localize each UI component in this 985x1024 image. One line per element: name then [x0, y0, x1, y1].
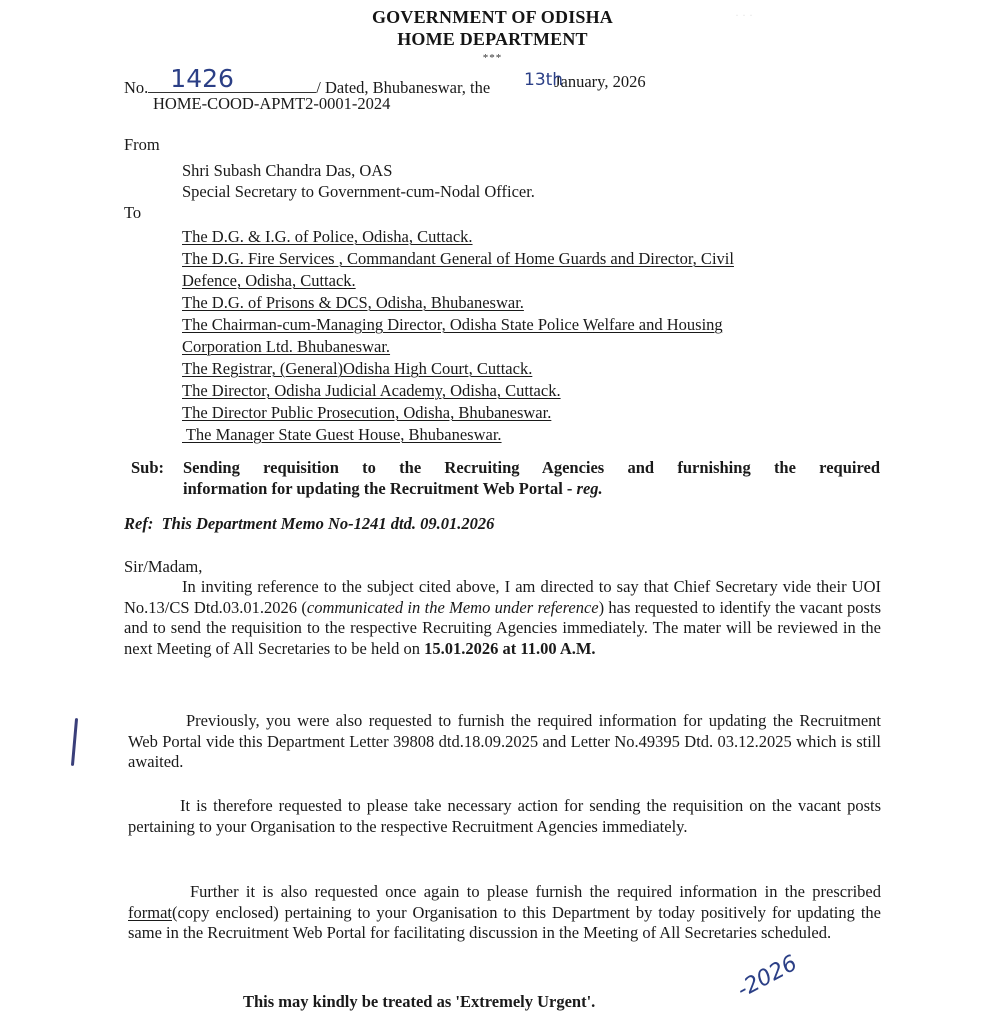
recipient-line: The D.G. & I.G. of Police, Odisha, Cutta… [182, 227, 473, 247]
recipient-line: The Chairman-cum-Managing Director, Odis… [182, 315, 723, 335]
paragraph-3: It is therefore requested to please take… [128, 796, 881, 837]
sender-name: Shri Subash Chandra Das, OAS [182, 161, 392, 181]
p1-meeting-datetime: 15.01.2026 at 11.00 A.M. [424, 639, 595, 658]
subject-reg: reg. [577, 479, 603, 498]
recipient-line: Defence, Odisha, Cuttack. [182, 271, 356, 291]
subject-line-2-text: information for updating the Recruitment… [183, 479, 577, 498]
department-heading: HOME DEPARTMENT [0, 29, 985, 50]
recipient-line: The Director, Odisha Judicial Academy, O… [182, 381, 561, 401]
to-label: To [124, 203, 141, 223]
subject-line-1: Sending requisition to the Recruiting Ag… [183, 458, 880, 479]
reference: Ref: This Department Memo No-1241 dtd. 0… [124, 514, 494, 534]
subject-line-2: information for updating the Recruitment… [183, 479, 603, 499]
government-heading: GOVERNMENT OF ODISHA [0, 7, 985, 28]
salutation: Sir/Madam, [124, 557, 202, 577]
memo-number-field: 1426 [148, 72, 316, 93]
memo-date: 13thJanuary, 2026 [524, 72, 646, 92]
recipient-line: The Director Public Prosecution, Odisha,… [182, 403, 551, 423]
sender-designation: Special Secretary to Government-cum-Noda… [182, 182, 535, 202]
paragraph-1: In inviting reference to the subject cit… [124, 577, 881, 659]
recipient-line: The Registrar, (General)Odisha High Cour… [182, 359, 532, 379]
memo-day-handwritten: 13th [524, 70, 563, 90]
p4-text-2: (copy enclosed) pertaining to your Organ… [128, 903, 881, 943]
memo-month-year: January, 2026 [554, 72, 646, 91]
document-page: · · · GOVERNMENT OF ODISHA HOME DEPARTME… [0, 0, 985, 1024]
handwritten-margin-mark [71, 718, 78, 766]
reference-text: This Department Memo No-1241 dtd. 09.01.… [162, 514, 495, 533]
recipient-line: The D.G. Fire Services , Commandant Gene… [182, 249, 734, 269]
format-link: format [128, 903, 172, 922]
subject-label: Sub: [131, 458, 164, 478]
reference-label: Ref: [124, 514, 153, 533]
recipient-line: Corporation Ltd. Bhubaneswar. [182, 337, 390, 357]
recipient-line: The D.G. of Prisons & DCS, Odisha, Bhuba… [182, 293, 524, 313]
file-code: HOME-COOD-APMT2-0001-2024 [153, 94, 390, 114]
p1-italic: communicated in the Memo under reference [307, 598, 599, 617]
memo-number-handwritten: 1426 [170, 64, 234, 93]
urgency-note: This may kindly be treated as 'Extremely… [243, 992, 595, 1012]
p4-text-1: Further it is also requested once again … [190, 882, 881, 901]
from-label: From [124, 135, 160, 155]
paragraph-4: Further it is also requested once again … [128, 882, 881, 944]
recipient-line: The Manager State Guest House, Bhubanesw… [182, 425, 502, 445]
handwritten-signature: -2026 [733, 951, 801, 1003]
paragraph-2: Previously, you were also requested to f… [128, 711, 881, 773]
memo-no-label: No. [124, 78, 148, 97]
heading-separator: *** [0, 52, 985, 64]
